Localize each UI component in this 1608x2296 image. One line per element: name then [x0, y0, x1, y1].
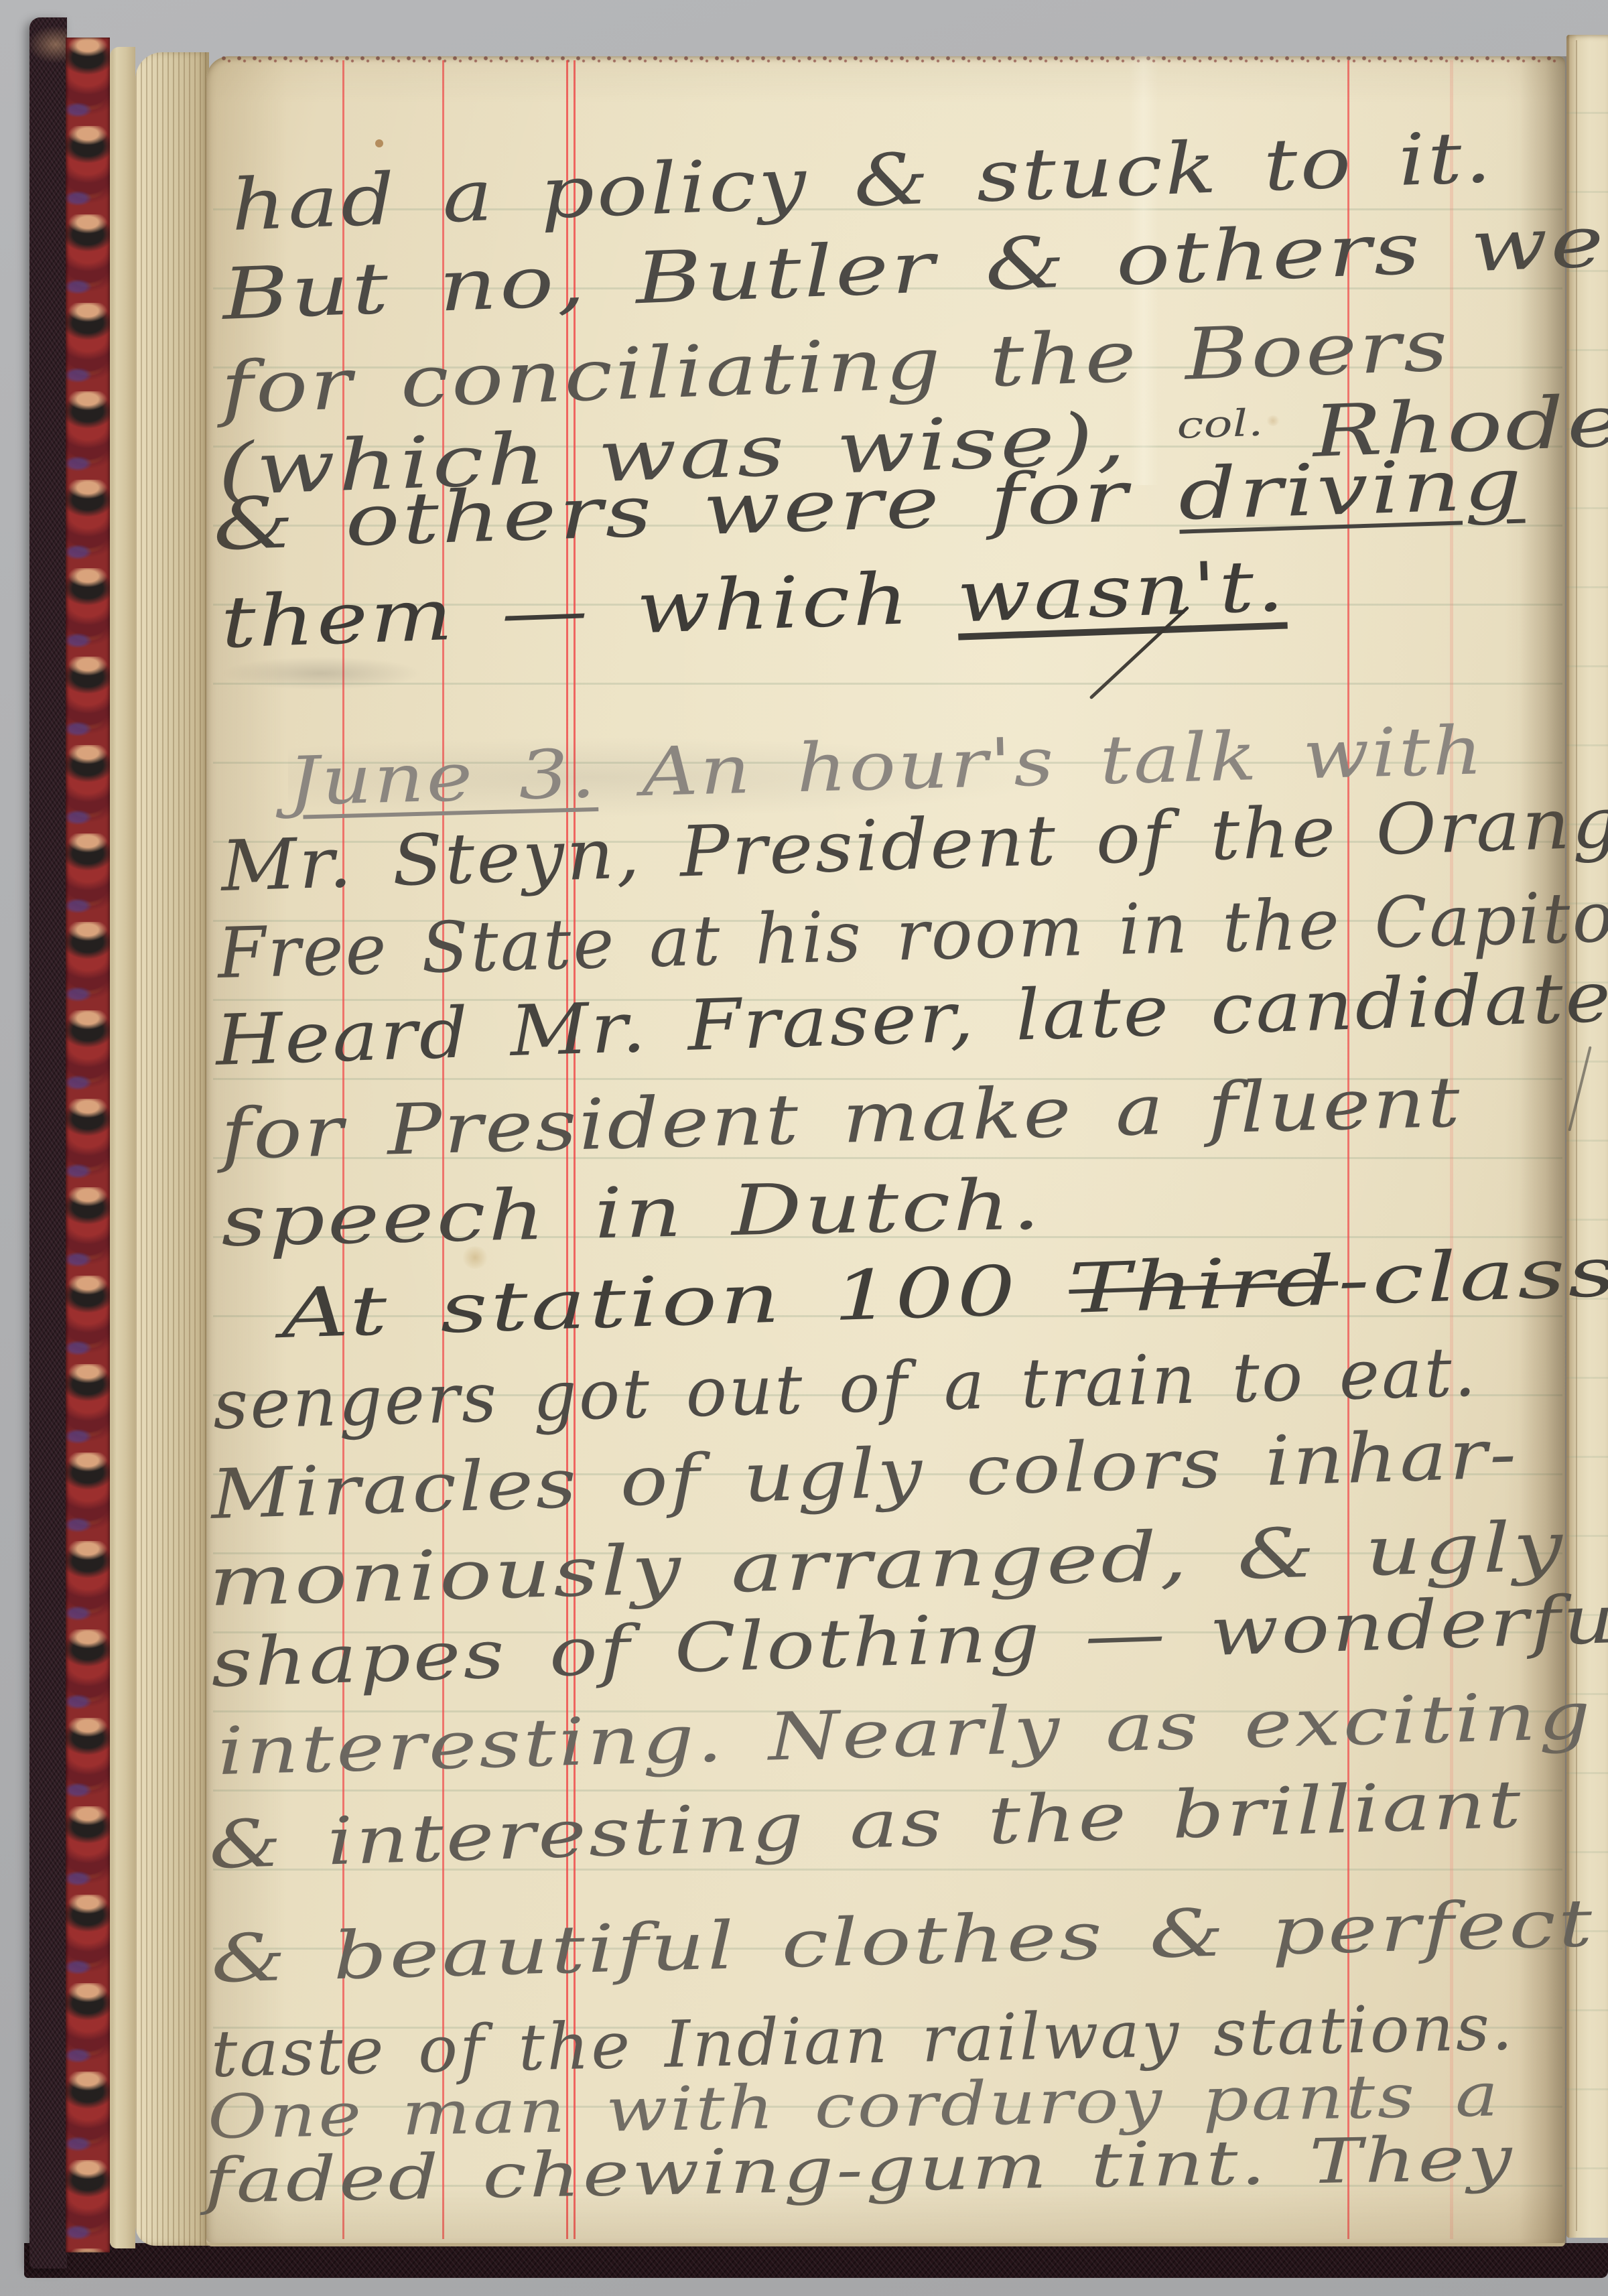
- handwriting-text: & beautiful clothes & perfect: [210, 1885, 1596, 1998]
- handwriting-line-6: them — which wasn't.: [220, 545, 1288, 664]
- handwriting-text-strike: Third: [1068, 1241, 1339, 1329]
- handwriting-line-20: & beautiful clothes & perfect: [210, 1885, 1596, 1998]
- handwriting-line-11: for President make a fluent: [220, 1061, 1463, 1175]
- handwriting-text: them — which: [220, 556, 959, 664]
- handwriting-layer: had a policy & stuck to it.But no, Butle…: [0, 0, 1608, 2296]
- handwriting-line-12: speech in Dutch.: [220, 1163, 1043, 1262]
- handwriting-text-underline-heavy: wasn't.: [955, 545, 1288, 638]
- handwriting-text-sup: col.: [1176, 401, 1264, 446]
- handwriting-text: for President make a fluent: [220, 1061, 1463, 1175]
- scanned-notebook-photo: { "document": { "kind": "handwritten jou…: [0, 0, 1608, 2296]
- handwriting-text: speech in Dutch.: [220, 1163, 1043, 1262]
- handwriting-text: -class pas-: [1337, 1224, 1608, 1321]
- handwriting-text-underline: June 3.: [287, 734, 598, 821]
- handwriting-text: At station 100: [280, 1250, 1070, 1354]
- handwriting-text-underline: driving: [1177, 443, 1526, 536]
